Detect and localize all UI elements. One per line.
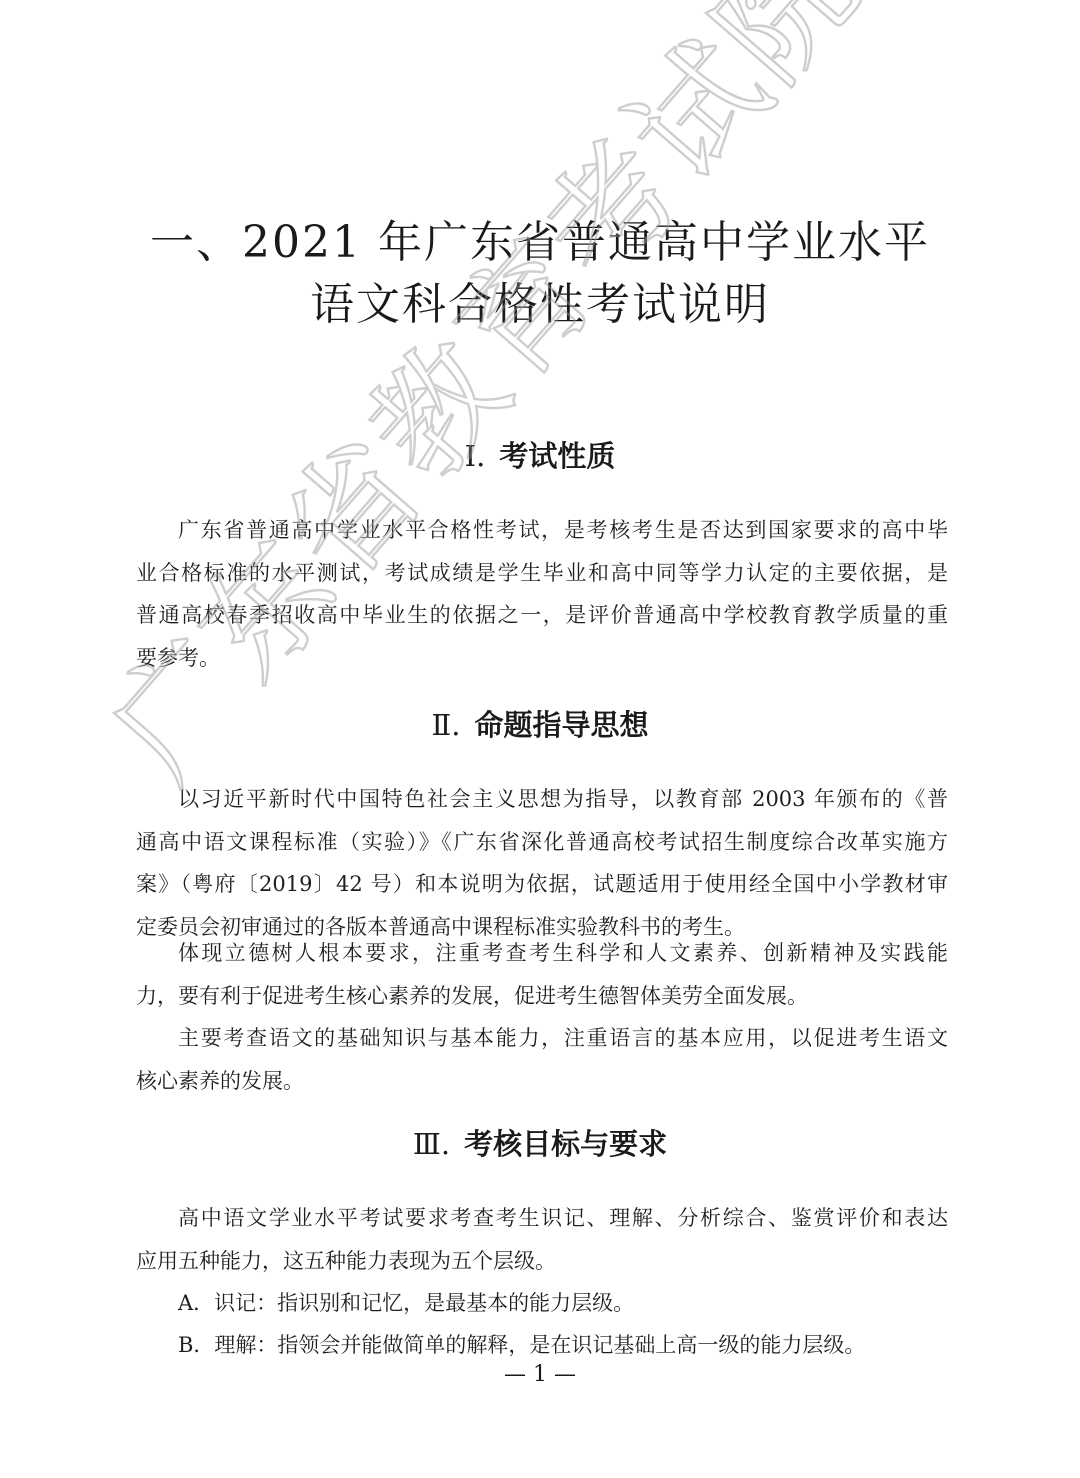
paragraph-exam-nature: 广东省普通高中学业水平合格性考试，是考核考生是否达到国家要求的高中毕 业合格标准… [136,509,948,679]
paragraph-line: 力，要有利于促进考生核心素养的发展，促进考生德智体美劳全面发展。 [136,975,948,1018]
paragraph-line: 应用五种能力，这五种能力表现为五个层级。 [136,1240,948,1283]
section-title: 命题指导思想 [474,708,648,742]
watermark-text: 广东省教育考试院 [60,0,892,811]
paragraph-five-abilities: 高中语文学业水平考试要求考查考生识记、理解、分析综合、鉴赏评价和表达 应用五种能… [136,1197,948,1282]
section-number: Ⅲ. [413,1127,450,1161]
section-heading-exam-nature: Ⅰ.考试性质 [0,434,1080,475]
paragraph-line: 主要考查语文的基础知识与基本能力，注重语言的基本应用，以促进考生语文 [136,1017,948,1060]
section-heading-assessment-goals: Ⅲ.考核目标与要求 [0,1122,1080,1163]
paragraph-line: 体现立德树人根本要求，注重考查考生科学和人文素养、创新精神及实践能 [136,932,948,975]
paragraph-line: 核心素养的发展。 [136,1060,948,1103]
paragraph-line: 通高中语文课程标准（实验）》《广东省深化普通高校考试招生制度综合改革实施方 [136,821,948,864]
document-page: 一、2021 年广东省普通高中学业水平 语文科合格性考试说明 Ⅰ.考试性质 广东… [0,0,1080,1478]
section-number: Ⅱ. [432,708,461,742]
list-item-comprehension: B．理解：指领会并能做简单的解释，是在识记基础上高一级的能力层级。 [136,1324,948,1367]
paragraph-guiding-basis: 以习近平新时代中国特色社会主义思想为指导，以教育部 2003 年颁布的《普 通高… [136,778,948,948]
paragraph-line: 要参考。 [136,637,948,680]
paragraph-line: 高中语文学业水平考试要求考查考生识记、理解、分析综合、鉴赏评价和表达 [136,1197,948,1240]
paragraph-line: 业合格标准的水平测试，考试成绩是学生毕业和高中同等学力认定的主要依据，是 [136,552,948,595]
paragraph-line: 案》（粤府〔2019〕42 号）和本说明为依据，试题适用于使用经全国中小学教材审 [136,863,948,906]
list-item-memorization: A．识记：指识别和记忆，是最基本的能力层级。 [136,1282,948,1325]
paragraph-line: B．理解：指领会并能做简单的解释，是在识记基础上高一级的能力层级。 [136,1324,948,1367]
document-title-line-1: 一、2021 年广东省普通高中学业水平 [0,206,1080,270]
paragraph-line: 以习近平新时代中国特色社会主义思想为指导，以教育部 2003 年颁布的《普 [136,778,948,821]
section-title: 考试性质 [499,439,615,473]
paragraph-moral-education: 体现立德树人根本要求，注重考查考生科学和人文素养、创新精神及实践能 力，要有利于… [136,932,948,1017]
paragraph-line: 广东省普通高中学业水平合格性考试，是考核考生是否达到国家要求的高中毕 [136,509,948,552]
paragraph-main-focus: 主要考查语文的基础知识与基本能力，注重语言的基本应用，以促进考生语文 核心素养的… [136,1017,948,1102]
page-number: — 1 — [0,1362,1080,1387]
section-number: Ⅰ. [465,439,486,473]
paragraph-line: A．识记：指识别和记忆，是最基本的能力层级。 [136,1282,948,1325]
document-title-line-2: 语文科合格性考试说明 [0,268,1080,332]
paragraph-line: 普通高校春季招收高中毕业生的依据之一，是评价普通高中学校教育教学质量的重 [136,594,948,637]
section-heading-guiding-thought: Ⅱ.命题指导思想 [0,703,1080,744]
section-title: 考核目标与要求 [464,1127,667,1161]
